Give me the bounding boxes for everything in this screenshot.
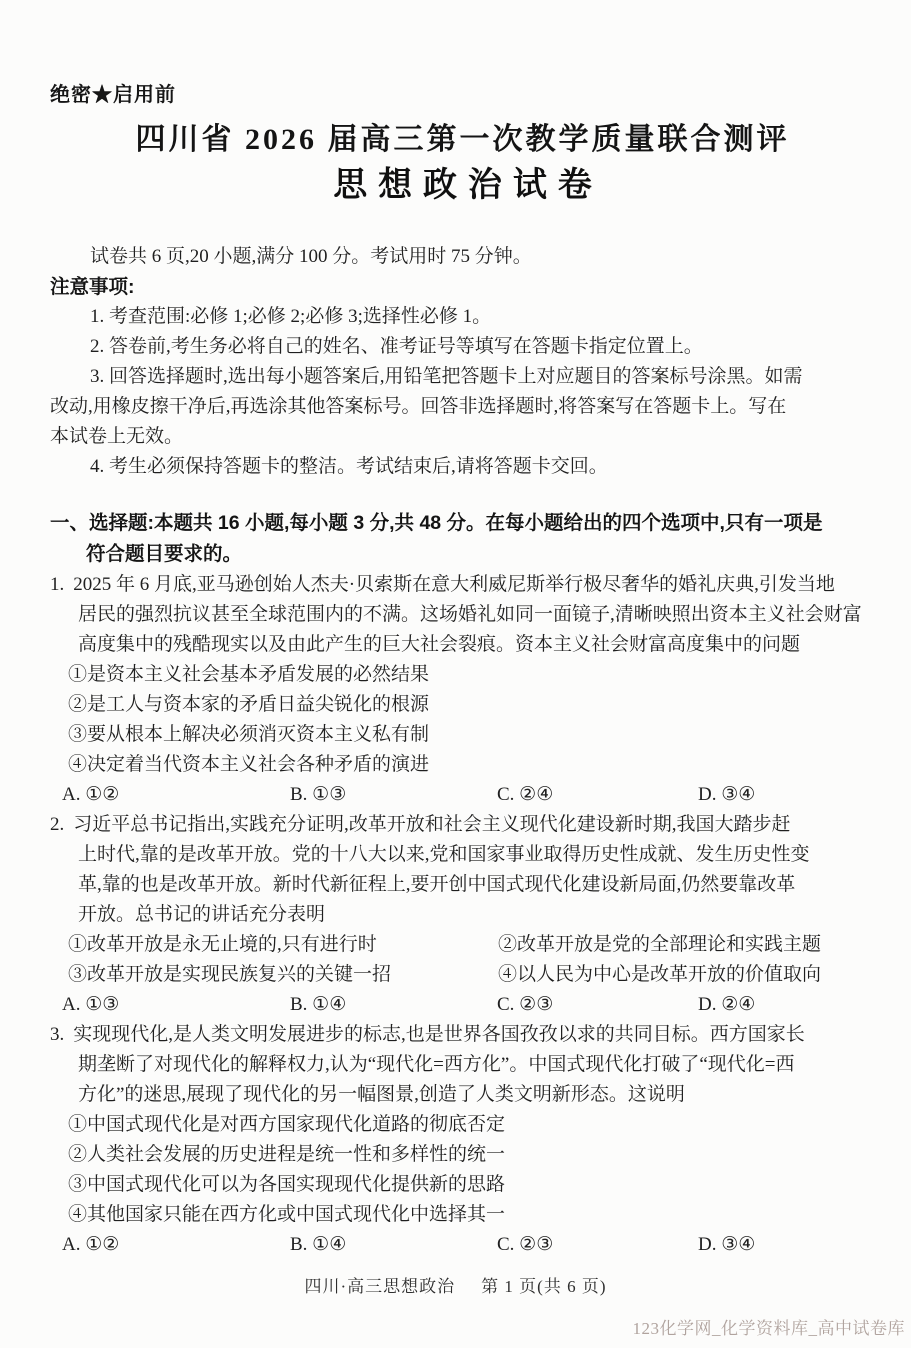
footer-label: 四川·高三思想政治 xyxy=(305,1277,456,1296)
option-b: B. ①③ xyxy=(290,780,497,810)
statement-grid: ①改革开放是永无止境的,只有进行时 ②改革开放是党的全部理论和实践主题 ③改革开… xyxy=(50,930,875,990)
question-stem-line: 高度集中的残酷现实以及由此产生的巨大社会裂痕。资本主义社会财富高度集中的问题 xyxy=(50,630,875,660)
options-row: A. ①② B. ①④ C. ②③ D. ③④ xyxy=(50,1230,875,1260)
statement-line: ④决定着当代资本主义社会各种矛盾的演进 xyxy=(50,750,875,780)
question-2: 2.习近平总书记指出,实践充分证明,改革开放和社会主义现代化建设新时期,我国大踏… xyxy=(50,810,875,1020)
question-stem-line: 开放。总书记的讲话充分表明 xyxy=(50,900,875,930)
option-a: A. ①② xyxy=(62,780,290,810)
section-heading-choice: 一、选择题:本题共 16 小题,每小题 3 分,共 48 分。在每小题给出的四个… xyxy=(50,508,875,570)
question-stem-line: 1.2025 年 6 月底,亚马逊创始人杰夫·贝索斯在意大利威尼斯举行极尽奢华的… xyxy=(50,570,875,600)
note-line: 4. 考生必须保持答题卡的整洁。考试结束后,请将答题卡交回。 xyxy=(50,452,875,482)
question-1: 1.2025 年 6 月底,亚马逊创始人杰夫·贝索斯在意大利威尼斯举行极尽奢华的… xyxy=(50,570,875,810)
notes-heading: 注意事项: xyxy=(50,272,875,302)
question-stem-line: 居民的强烈抗议甚至全球范围内的不满。这场婚礼如同一面镜子,清晰映照出资本主义社会… xyxy=(50,600,875,630)
option-a: A. ①② xyxy=(62,1230,290,1260)
option-c: C. ②③ xyxy=(497,1230,698,1260)
subject-title: 思想政治试卷 xyxy=(50,162,875,210)
statement-line: ②是工人与资本家的矛盾日益尖锐化的根源 xyxy=(50,690,875,720)
question-stem-line: 革,靠的也是改革开放。新时代新征程上,要开创中国式现代化建设新局面,仍然要靠改革 xyxy=(50,870,875,900)
statement-line: ②改革开放是党的全部理论和实践主题 xyxy=(498,930,875,960)
note-line: 本试卷上无效。 xyxy=(50,422,875,452)
question-3: 3.实现现代化,是人类文明发展进步的标志,也是世界各国孜孜以求的共同目标。西方国… xyxy=(50,1020,875,1260)
statement-line: ②人类社会发展的历史进程是统一性和多样性的统一 xyxy=(50,1140,875,1170)
footer-page-number: 第 1 页(共 6 页) xyxy=(481,1277,606,1296)
question-number: 3. xyxy=(50,1024,64,1045)
option-c: C. ②③ xyxy=(497,990,698,1020)
question-stem-text: 2025 年 6 月底,亚马逊创始人杰夫·贝索斯在意大利威尼斯举行极尽奢华的婚礼… xyxy=(73,574,835,595)
option-d: D. ③④ xyxy=(698,1230,875,1260)
option-d: D. ③④ xyxy=(698,780,875,810)
watermark-text: 123化学网_化学资料库_高中试卷库 xyxy=(633,1314,906,1339)
question-stem-text: 实现现代化,是人类文明发展进步的标志,也是世界各国孜孜以求的共同目标。西方国家长 xyxy=(73,1024,805,1045)
options-row: A. ①② B. ①③ C. ②④ D. ③④ xyxy=(50,780,875,810)
option-b: B. ①④ xyxy=(290,990,497,1020)
option-d: D. ②④ xyxy=(698,990,875,1020)
statement-line: ①是资本主义社会基本矛盾发展的必然结果 xyxy=(50,660,875,690)
question-stem-line: 3.实现现代化,是人类文明发展进步的标志,也是世界各国孜孜以求的共同目标。西方国… xyxy=(50,1020,875,1050)
statement-line: ①中国式现代化是对西方国家现代化道路的彻底否定 xyxy=(50,1110,875,1140)
question-stem-line: 上时代,靠的是改革开放。党的十八大以来,党和国家事业取得历史性成就、发生历史性变 xyxy=(50,840,875,870)
question-number: 2. xyxy=(50,814,64,835)
note-line: 改动,用橡皮擦干净后,再选涂其他答案标号。回答非选择题时,将答案写在答题卡上。写… xyxy=(50,392,875,422)
statement-line: ③中国式现代化可以为各国实现现代化提供新的思路 xyxy=(50,1170,875,1200)
exam-title: 四川省 2026 届高三第一次教学质量联合测评 xyxy=(50,118,875,162)
question-stem-line: 方化”的迷思,展现了现代化的另一幅图景,创造了人类文明新形态。这说明 xyxy=(50,1080,875,1110)
options-row: A. ①③ B. ①④ C. ②③ D. ②④ xyxy=(50,990,875,1020)
section-heading-line: 符合题目要求的。 xyxy=(50,539,875,570)
statement-line: ③改革开放是实现民族复兴的关键一招 xyxy=(68,960,498,990)
exam-info: 试卷共 6 页,20 小题,满分 100 分。考试用时 75 分钟。 xyxy=(50,242,875,272)
statement-line: ①改革开放是永无止境的,只有进行时 xyxy=(68,930,498,960)
page-footer: 四川·高三思想政治第 1 页(共 6 页) xyxy=(0,1272,911,1297)
option-a: A. ①③ xyxy=(62,990,290,1020)
note-line: 2. 答卷前,考生务必将自己的姓名、准考证号等填写在答题卡指定位置上。 xyxy=(50,332,875,362)
statement-line: ④以人民为中心是改革开放的价值取向 xyxy=(498,960,875,990)
statement-line: ③要从根本上解决必须消灭资本主义私有制 xyxy=(50,720,875,750)
question-stem-text: 习近平总书记指出,实践充分证明,改革开放和社会主义现代化建设新时期,我国大踏步赶 xyxy=(73,814,790,835)
exam-paper: 绝密★启用前 四川省 2026 届高三第一次教学质量联合测评 思想政治试卷 试卷… xyxy=(0,0,911,1348)
section-heading-line: 一、选择题:本题共 16 小题,每小题 3 分,共 48 分。在每小题给出的四个… xyxy=(50,508,875,539)
question-number: 1. xyxy=(50,574,64,595)
note-line: 1. 考查范围:必修 1;必修 2;必修 3;选择性必修 1。 xyxy=(50,302,875,332)
option-b: B. ①④ xyxy=(290,1230,497,1260)
classification-label: 绝密★启用前 xyxy=(50,82,875,108)
statement-line: ④其他国家只能在西方化或中国式现代化中选择其一 xyxy=(50,1200,875,1230)
option-c: C. ②④ xyxy=(497,780,698,810)
question-stem-line: 2.习近平总书记指出,实践充分证明,改革开放和社会主义现代化建设新时期,我国大踏… xyxy=(50,810,875,840)
question-stem-line: 期垄断了对现代化的解释权力,认为“现代化=西方化”。中国式现代化打破了“现代化=… xyxy=(50,1050,875,1080)
note-line: 3. 回答选择题时,选出每小题答案后,用铅笔把答题卡上对应题目的答案标号涂黑。如… xyxy=(50,362,875,392)
